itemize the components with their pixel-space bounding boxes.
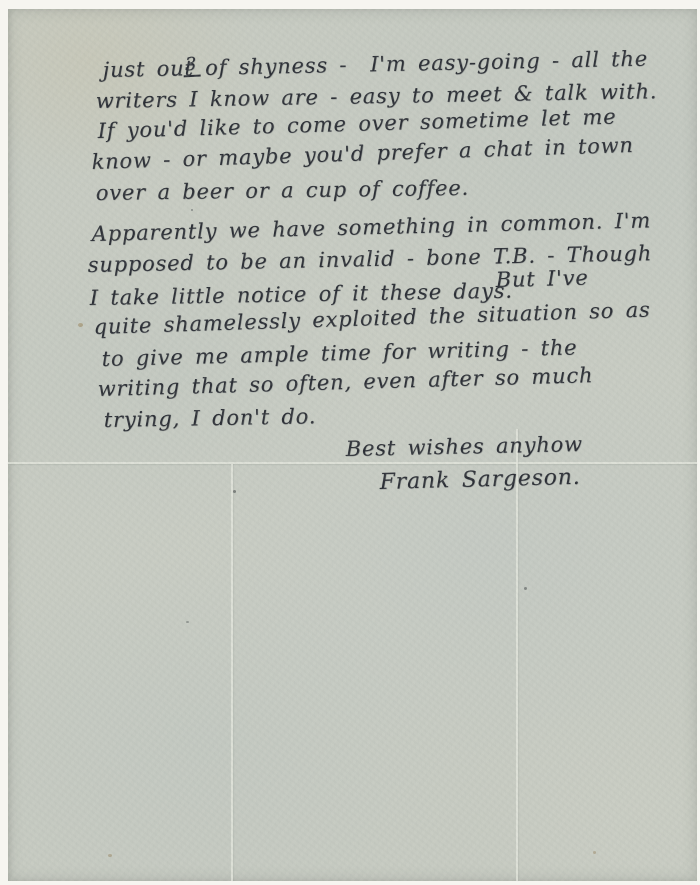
- paper-speck: [593, 851, 596, 854]
- closing-line: Best wishes anyhow: [345, 432, 583, 461]
- paper-speck: [78, 323, 83, 327]
- scanned-letter-page: 3 just out of shyness - I'm easy-going -…: [0, 0, 700, 885]
- handwritten-line: over a beer or a cup of coffee.: [96, 176, 469, 205]
- paper-speck: [233, 490, 236, 493]
- handwritten-line: trying, I don't do.: [104, 404, 317, 432]
- handwritten-line: Apparently we have something in common. …: [91, 208, 651, 246]
- paper-speck: [191, 209, 193, 211]
- horizontal-fold-crease: [8, 462, 697, 464]
- handwritten-line: But I've: [495, 266, 588, 292]
- signature: Frank Sargeson.: [379, 465, 580, 495]
- vertical-fold-crease: [516, 429, 518, 881]
- vertical-fold-crease-left: [231, 464, 233, 881]
- paper-speck: [108, 854, 112, 857]
- paper-speck: [524, 587, 527, 590]
- letter-paper: 3 just out of shyness - I'm easy-going -…: [8, 9, 697, 881]
- paper-speck: [186, 621, 189, 623]
